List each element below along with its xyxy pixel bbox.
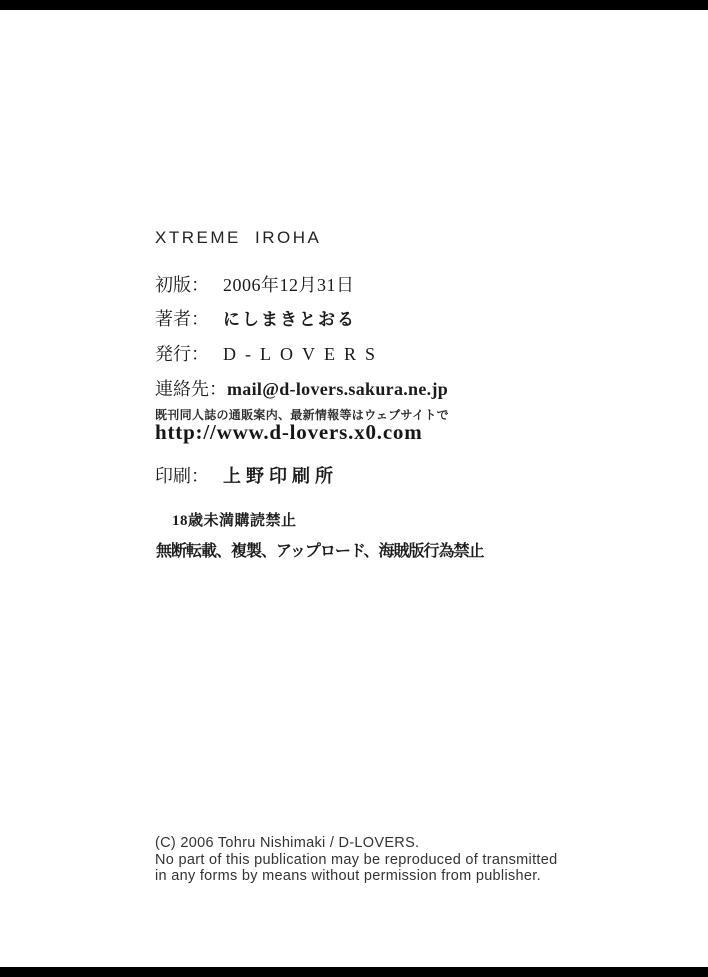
colophon-value-date: 2006年12月31日 xyxy=(223,271,355,297)
copyright-line-2: No part of this publication may be repro… xyxy=(155,852,557,869)
colophon-value-publisher: D-LOVERS xyxy=(223,344,384,365)
colophon-row-contact: 連絡先： mail@d-lovers.sakura.ne.jp xyxy=(155,375,448,401)
colophon-row-printer: 印刷： 上野印刷所 xyxy=(155,462,338,488)
colophon-page: XTREME IROHA 初版： 2006年12月31日 著者： にしまきとおる… xyxy=(0,0,708,977)
colophon-row-author: 著者： にしまきとおる xyxy=(155,305,356,331)
age-restriction-notice: 18歳未満購読禁止 xyxy=(172,509,297,530)
colophon-value-printer: 上野印刷所 xyxy=(223,462,338,488)
top-edge-bar xyxy=(0,0,708,10)
colophon-row-publisher: 発行： D-LOVERS xyxy=(155,340,384,366)
colophon-label: 印刷： xyxy=(155,462,223,488)
colophon-label: 著者： xyxy=(155,305,223,331)
colophon-row-first-edition: 初版： 2006年12月31日 xyxy=(155,271,355,297)
colophon-label: 初版： xyxy=(155,271,223,297)
copyright-line-3: in any forms by means without permission… xyxy=(155,868,557,885)
colophon-label: 連絡先： xyxy=(155,375,227,401)
copyright-block: (C) 2006 Tohru Nishimaki / D-LOVERS. No … xyxy=(155,835,557,885)
colophon-label: 発行： xyxy=(155,340,223,366)
page-title: XTREME IROHA xyxy=(155,228,321,248)
website-url: http://www.d-lovers.x0.com xyxy=(155,420,423,445)
colophon-value-email: mail@d-lovers.sakura.ne.jp xyxy=(227,379,448,400)
bottom-edge-bar xyxy=(0,967,708,977)
piracy-notice: 無断転載、複製、アップロード、海賊版行為禁止 xyxy=(156,538,483,561)
copyright-line-1: (C) 2006 Tohru Nishimaki / D-LOVERS. xyxy=(155,835,557,852)
colophon-value-author: にしまきとおる xyxy=(223,305,356,330)
